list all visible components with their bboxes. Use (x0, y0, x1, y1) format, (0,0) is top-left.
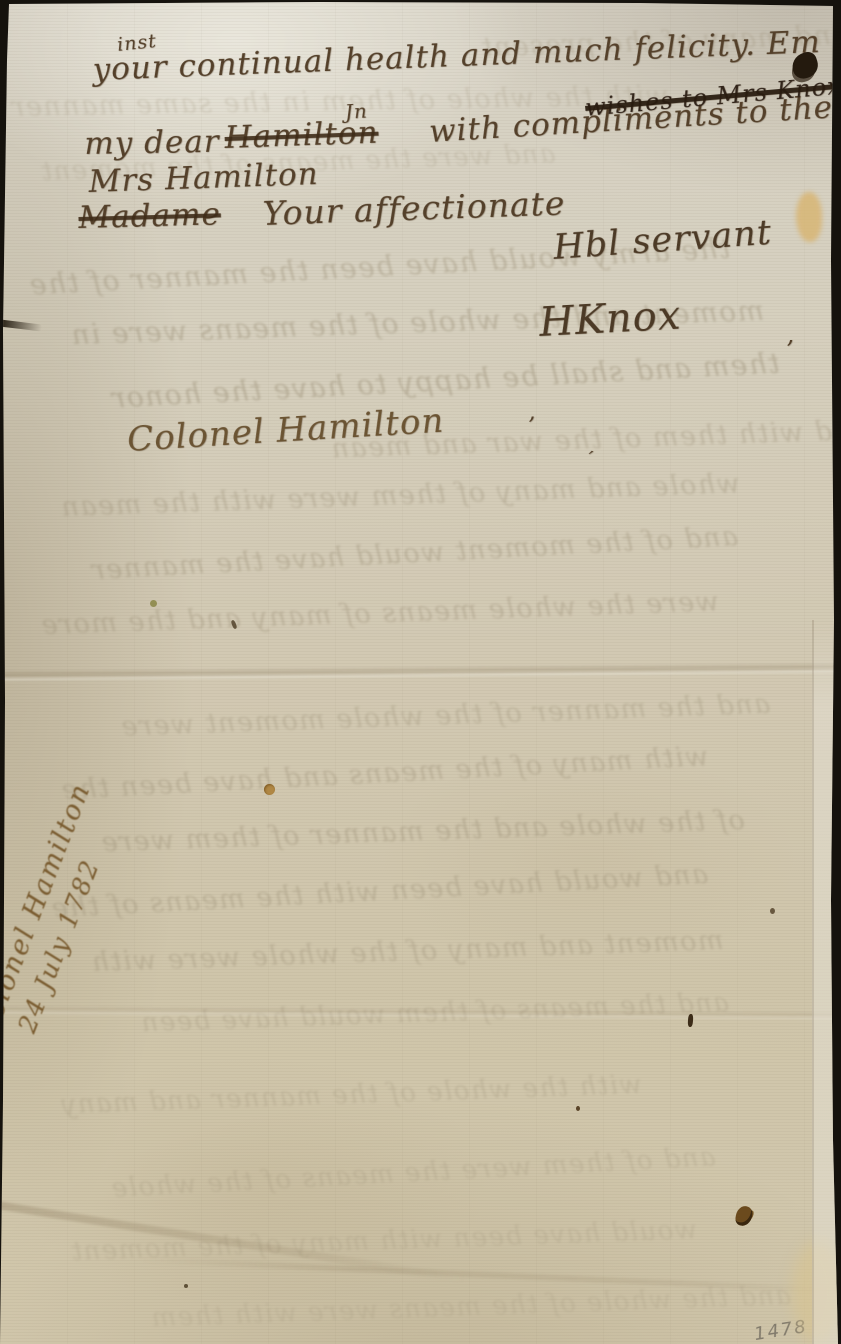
brown-spot (734, 1205, 754, 1228)
paper-sheet: and many of the presentwith the whole of… (0, 0, 841, 1344)
pen-mark: ’ (786, 336, 795, 364)
ochre-spot (264, 784, 275, 795)
bleed-through-line: and of the moment would have the manner (90, 521, 739, 586)
pen-mark: ’ (528, 414, 536, 439)
pen-mark: ′ (586, 446, 596, 471)
handwriting-line-1: your continual health and much felicity.… (92, 24, 821, 88)
bleed-through-line: were the whole means of many and the mor… (40, 586, 720, 641)
handwriting-insertion-above-line-2: Jn (344, 98, 369, 124)
handwriting-servant-line: Hbl servant (552, 213, 773, 268)
fold-crease-lower (0, 1005, 841, 1021)
bleed-through-line: and the whole of the means were with the… (150, 1281, 792, 1333)
signature-hknox: HKnox (538, 293, 682, 346)
fold-crease-bottom-left (0, 1201, 468, 1284)
fold-crease-bottom (140, 1257, 840, 1294)
speck (184, 1284, 188, 1288)
speck (576, 1106, 580, 1111)
speck (770, 908, 775, 914)
bleed-through-line: and the manner of the whole moment were (120, 689, 771, 743)
ink-speck (688, 1014, 694, 1027)
docket-name: Colonel Hamilton (0, 696, 129, 1043)
bleed-through-line: of the whole and the manner of them were (100, 805, 746, 858)
handwriting-line-2-start: my dear (84, 124, 220, 162)
pencil-catalog-number: 1478 (753, 1316, 809, 1344)
edge-mark (0, 319, 42, 331)
fold-crease-middle (0, 662, 841, 682)
bleed-through-line: and of them were the means of the whole (110, 1142, 717, 1204)
docket-vertical: Colonel Hamilton 24 July 1782 (0, 696, 189, 1066)
bleed-through-line: and would have been with the means of th… (50, 859, 709, 924)
bleed-through-line: and the means of them would have been (140, 988, 730, 1039)
address-colonel-hamilton: Colonel Hamilton (126, 401, 445, 460)
adjacent-sheet-edge (812, 620, 840, 1344)
green-fleck (150, 600, 157, 607)
speck (230, 620, 237, 630)
yellow-stain (796, 192, 822, 242)
bleed-through-line: moment and many of the whole were with (90, 925, 724, 978)
bleed-through-line: with the whole of the manner and many (60, 1070, 643, 1120)
handwriting-line-4-struck-word: Madame (78, 196, 221, 236)
scanned-letter-page: and many of the presentwith the whole of… (0, 0, 841, 1344)
bleed-through-line: would have been with many of the moment (70, 1215, 698, 1267)
bleed-through-line: whole and many of them were with the mea… (60, 468, 741, 523)
bleed-through-line: them and shall be happy to have the hono… (110, 346, 781, 414)
